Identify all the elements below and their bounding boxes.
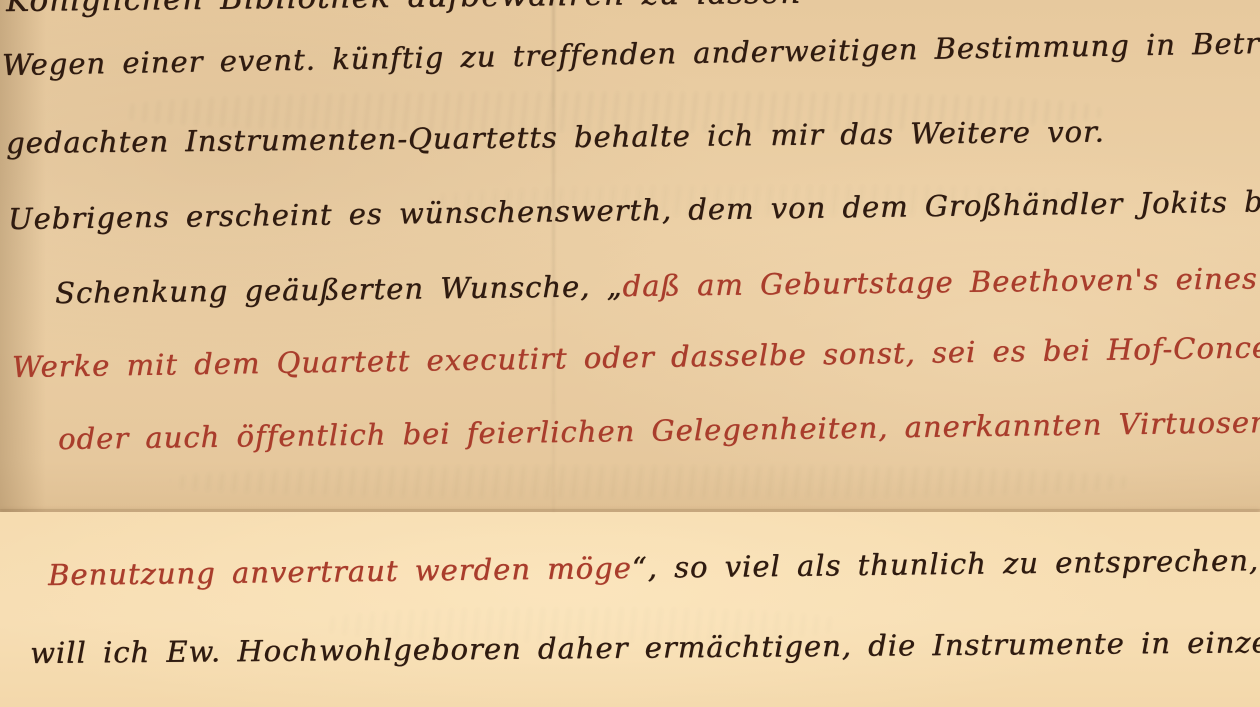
- text-segment-red-quote: Benutzung anvertraut werden möge: [48, 551, 632, 592]
- paper-seam: [0, 509, 1260, 512]
- text-segment: Schenkung geäußerten Wunsche, „: [55, 269, 623, 310]
- ink-bleed-ghost: [170, 466, 1130, 498]
- manuscript-page: Königlichen Bibliothek aufbewahren zu la…: [0, 0, 1260, 707]
